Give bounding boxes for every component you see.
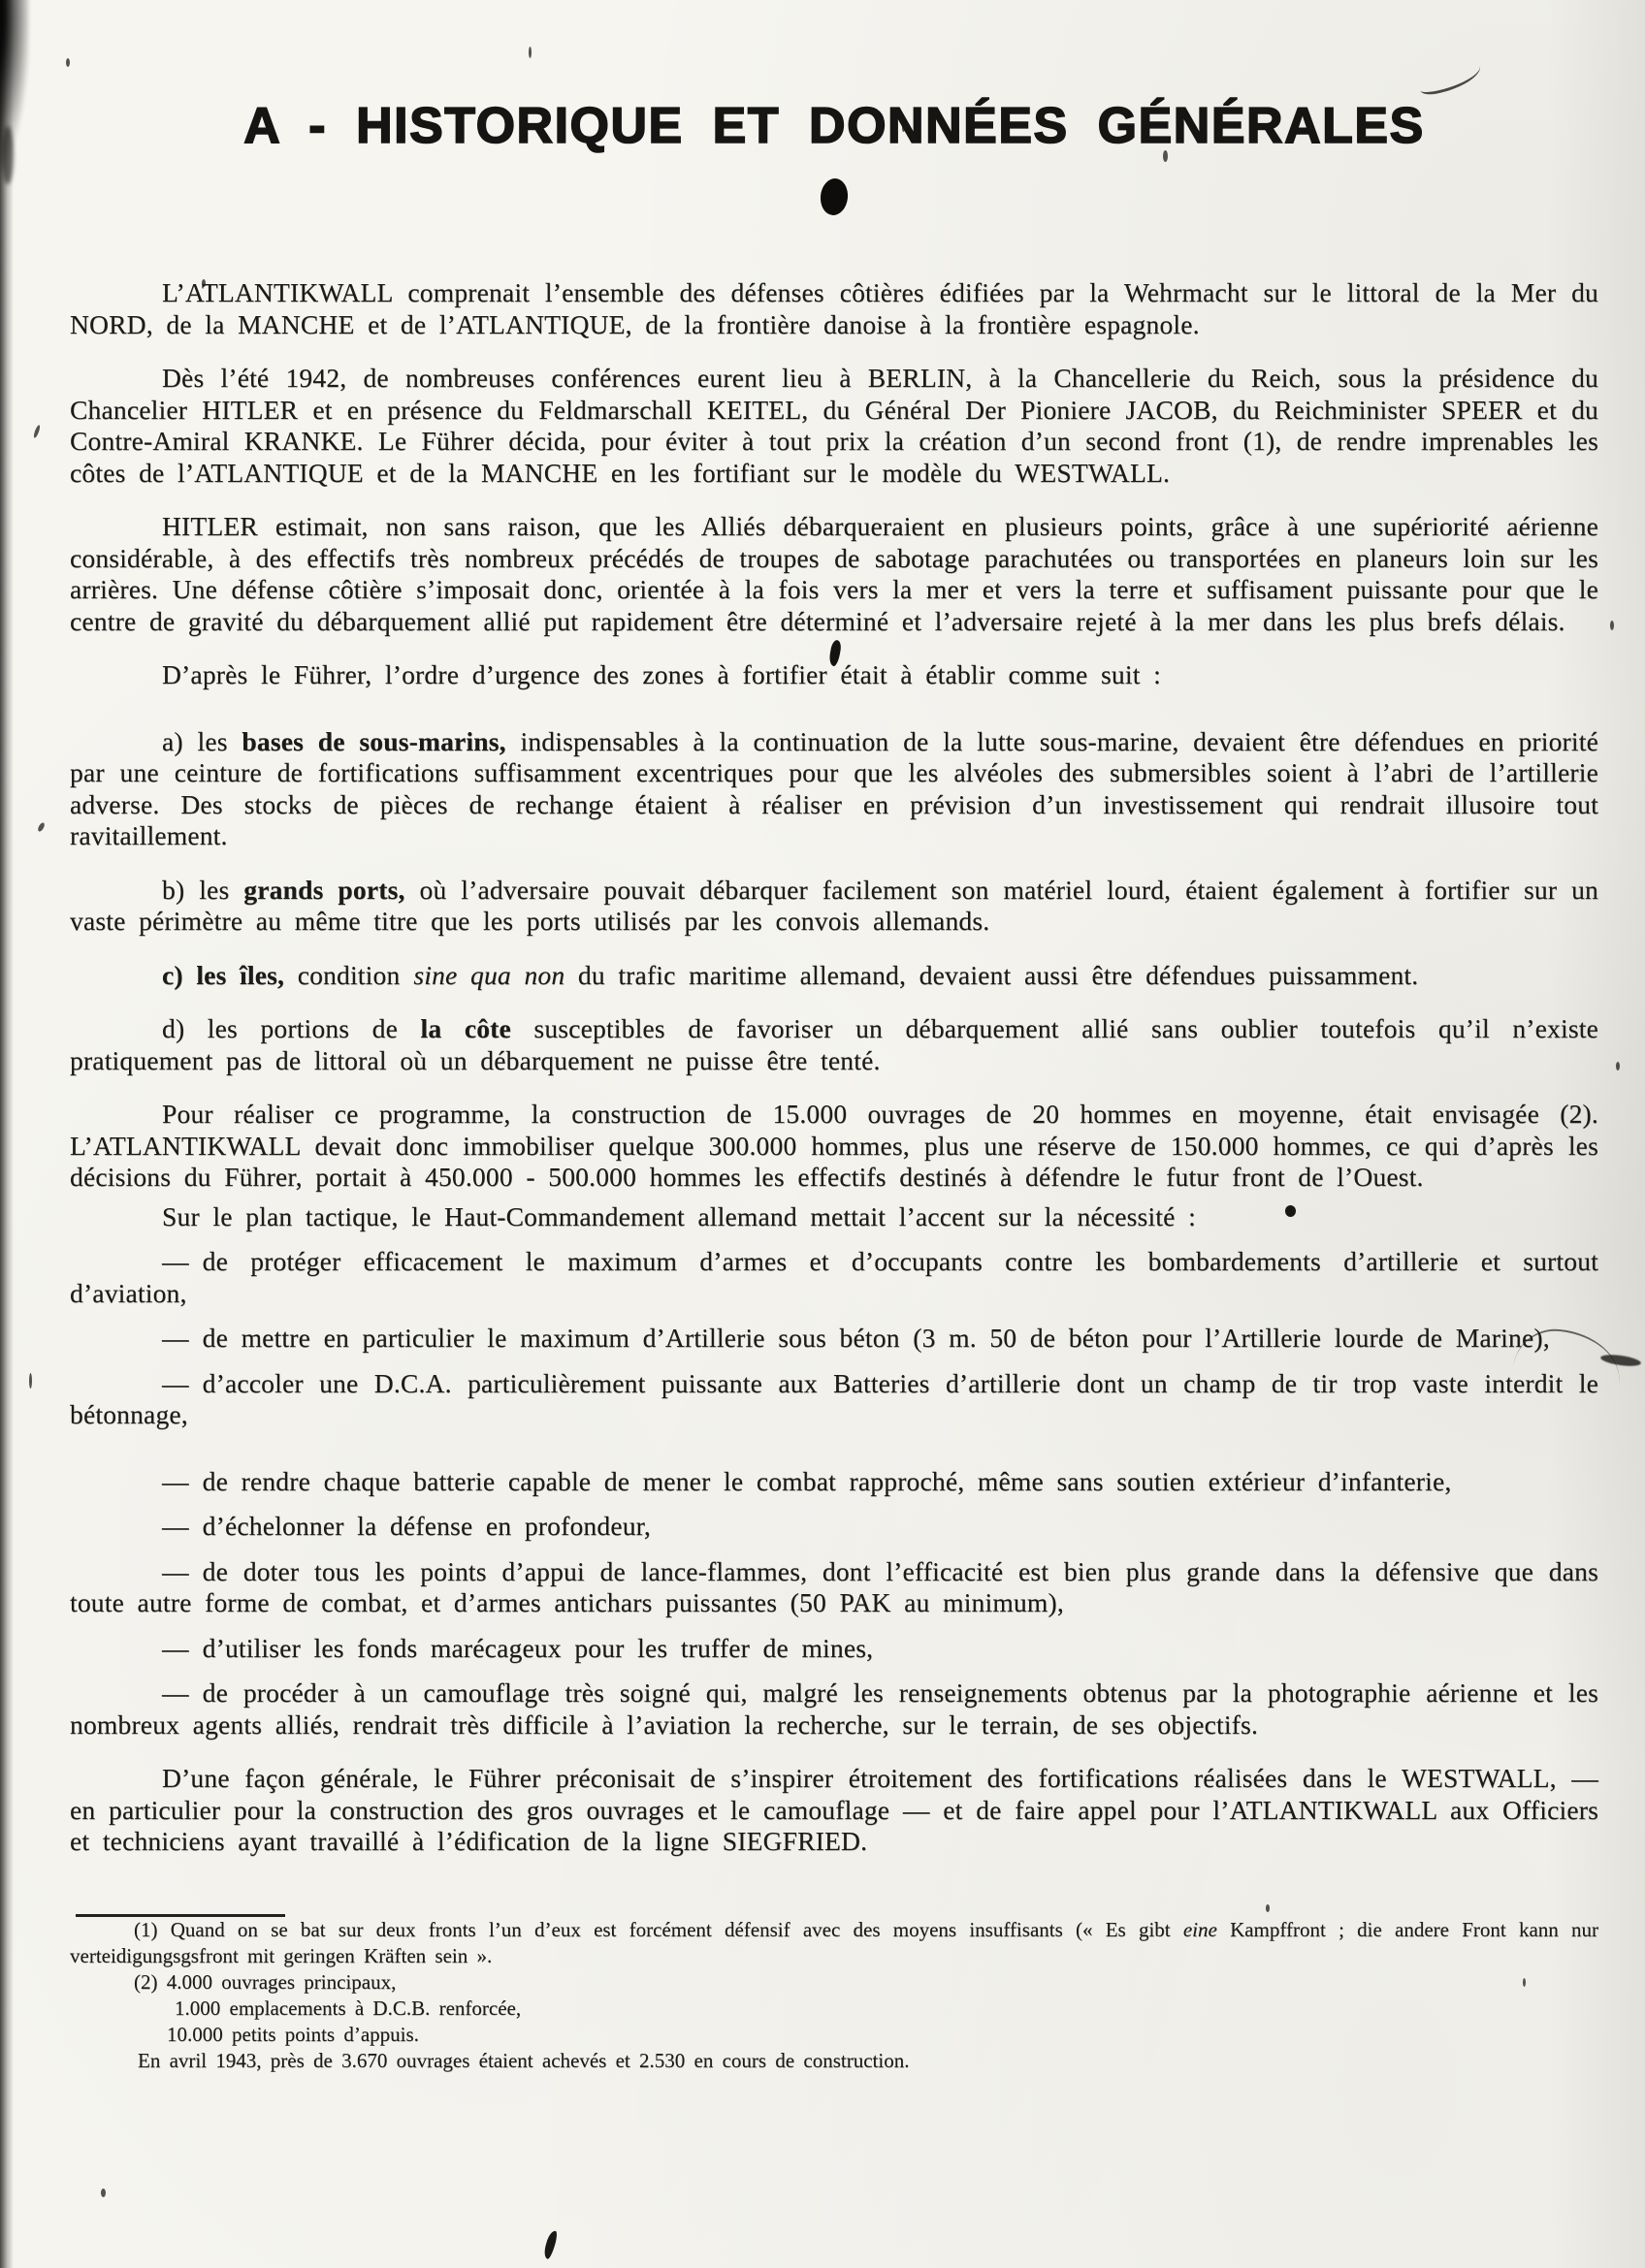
- footnote-2-line-3: 10.000 petits points d’appuis.: [70, 2022, 1598, 2048]
- section-bullet-icon: [819, 177, 850, 217]
- item-c-bold: c) les îles,: [162, 960, 284, 990]
- footnote-1: (1) Quand on se bat sur deux fronts l’un…: [70, 1917, 1598, 1969]
- scan-edge-smudge: [2, 126, 14, 184]
- item-c-mid: condition: [284, 960, 413, 990]
- ink-mark-bottom: [542, 2229, 559, 2259]
- item-b-bold: grands ports,: [243, 875, 404, 905]
- para-conferences-1942: Dès l’été 1942, de nombreuses conférence…: [70, 363, 1598, 489]
- item-b-lead: b) les: [162, 875, 243, 905]
- para-atlantikwall-intro: L’ATLANTIKWALL comprenait l’ensemble des…: [70, 277, 1598, 340]
- footnote-2-line-1: (2) 4.000 ouvrages principaux,: [70, 1969, 1598, 1996]
- dash-item-dca: — d’accoler une D.C.A. particulièrement …: [70, 1368, 1598, 1431]
- item-a-bold: bases de sous-marins,: [242, 726, 505, 756]
- dash-item-fonds-marecageux: — d’utiliser les fonds marécageux pour l…: [70, 1633, 1598, 1665]
- para-ordre-urgence: D’après le Führer, l’ordre d’urgence des…: [70, 659, 1598, 691]
- dust-speck: [66, 58, 70, 67]
- dust-speck: [33, 425, 42, 439]
- para-hitler-estimation: HITLER estimait, non sans raison, que le…: [70, 511, 1598, 637]
- dash-item-artillerie-beton: — de mettre en particulier le maximum d’…: [70, 1323, 1598, 1355]
- scanned-document-page: A - HISTORIQUE ET DONNÉES GÉNÉRALES L’AT…: [0, 0, 1645, 2268]
- dust-speck: [29, 1373, 32, 1389]
- item-c-italic: sine qua non: [413, 960, 564, 990]
- para-programme-construction: Pour réaliser ce programme, la construct…: [70, 1099, 1598, 1194]
- item-a-lead: a) les: [162, 726, 242, 756]
- item-d-bold: la côte: [421, 1013, 511, 1043]
- list-item-d-cote: d) les portions de la côte susceptibles …: [70, 1013, 1598, 1076]
- dust-speck: [1616, 1062, 1620, 1070]
- footnote-1-lead: (1) Quand on se bat sur deux fronts l’un…: [134, 1918, 1183, 1941]
- footnote-2-line-2: 1.000 emplacements à D.C.B. renforcée,: [70, 1996, 1598, 2022]
- list-item-a-sous-marins: a) les bases de sous-marins, indispensab…: [70, 726, 1598, 852]
- para-conclusion-westwall: D’une façon générale, le Führer préconis…: [70, 1763, 1598, 1858]
- item-d-lead: d) les portions de: [162, 1013, 421, 1043]
- dust-speck: [529, 47, 532, 58]
- list-item-c-iles: c) les îles, condition sine qua non du t…: [70, 960, 1598, 992]
- dust-speck: [101, 2188, 106, 2197]
- document-content: A - HISTORIQUE ET DONNÉES GÉNÉRALES L’AT…: [70, 68, 1598, 2074]
- dash-item-combat-rapproche: — de rendre chaque batterie capable de m…: [70, 1466, 1598, 1498]
- dash-item-camouflage: — de procéder à un camouflage très soign…: [70, 1677, 1598, 1741]
- footnote-1-italic: eine: [1183, 1918, 1217, 1941]
- page-title: A - HISTORIQUE ET DONNÉES GÉNÉRALES: [70, 97, 1598, 155]
- para-plan-tactique: Sur le plan tactique, le Haut-Commandeme…: [70, 1201, 1598, 1233]
- dust-speck: [1610, 621, 1614, 630]
- dash-item-protection: — de protéger efficacement le maximum d’…: [70, 1246, 1598, 1309]
- scan-edge-shadow: [0, 0, 14, 2268]
- list-item-b-grands-ports: b) les grands ports, où l’adversaire pou…: [70, 875, 1598, 938]
- dash-item-echelonner-defense: — d’échelonner la défense en profondeur,: [70, 1511, 1598, 1543]
- item-c-rest: du trafic maritime allemand, devaient au…: [564, 960, 1418, 990]
- footnote-2-line-4: En avril 1943, près de 3.670 ouvrages ét…: [70, 2048, 1598, 2074]
- dash-item-lance-flammes: — de doter tous les points d’appui de la…: [70, 1556, 1598, 1619]
- dust-speck: [37, 821, 46, 832]
